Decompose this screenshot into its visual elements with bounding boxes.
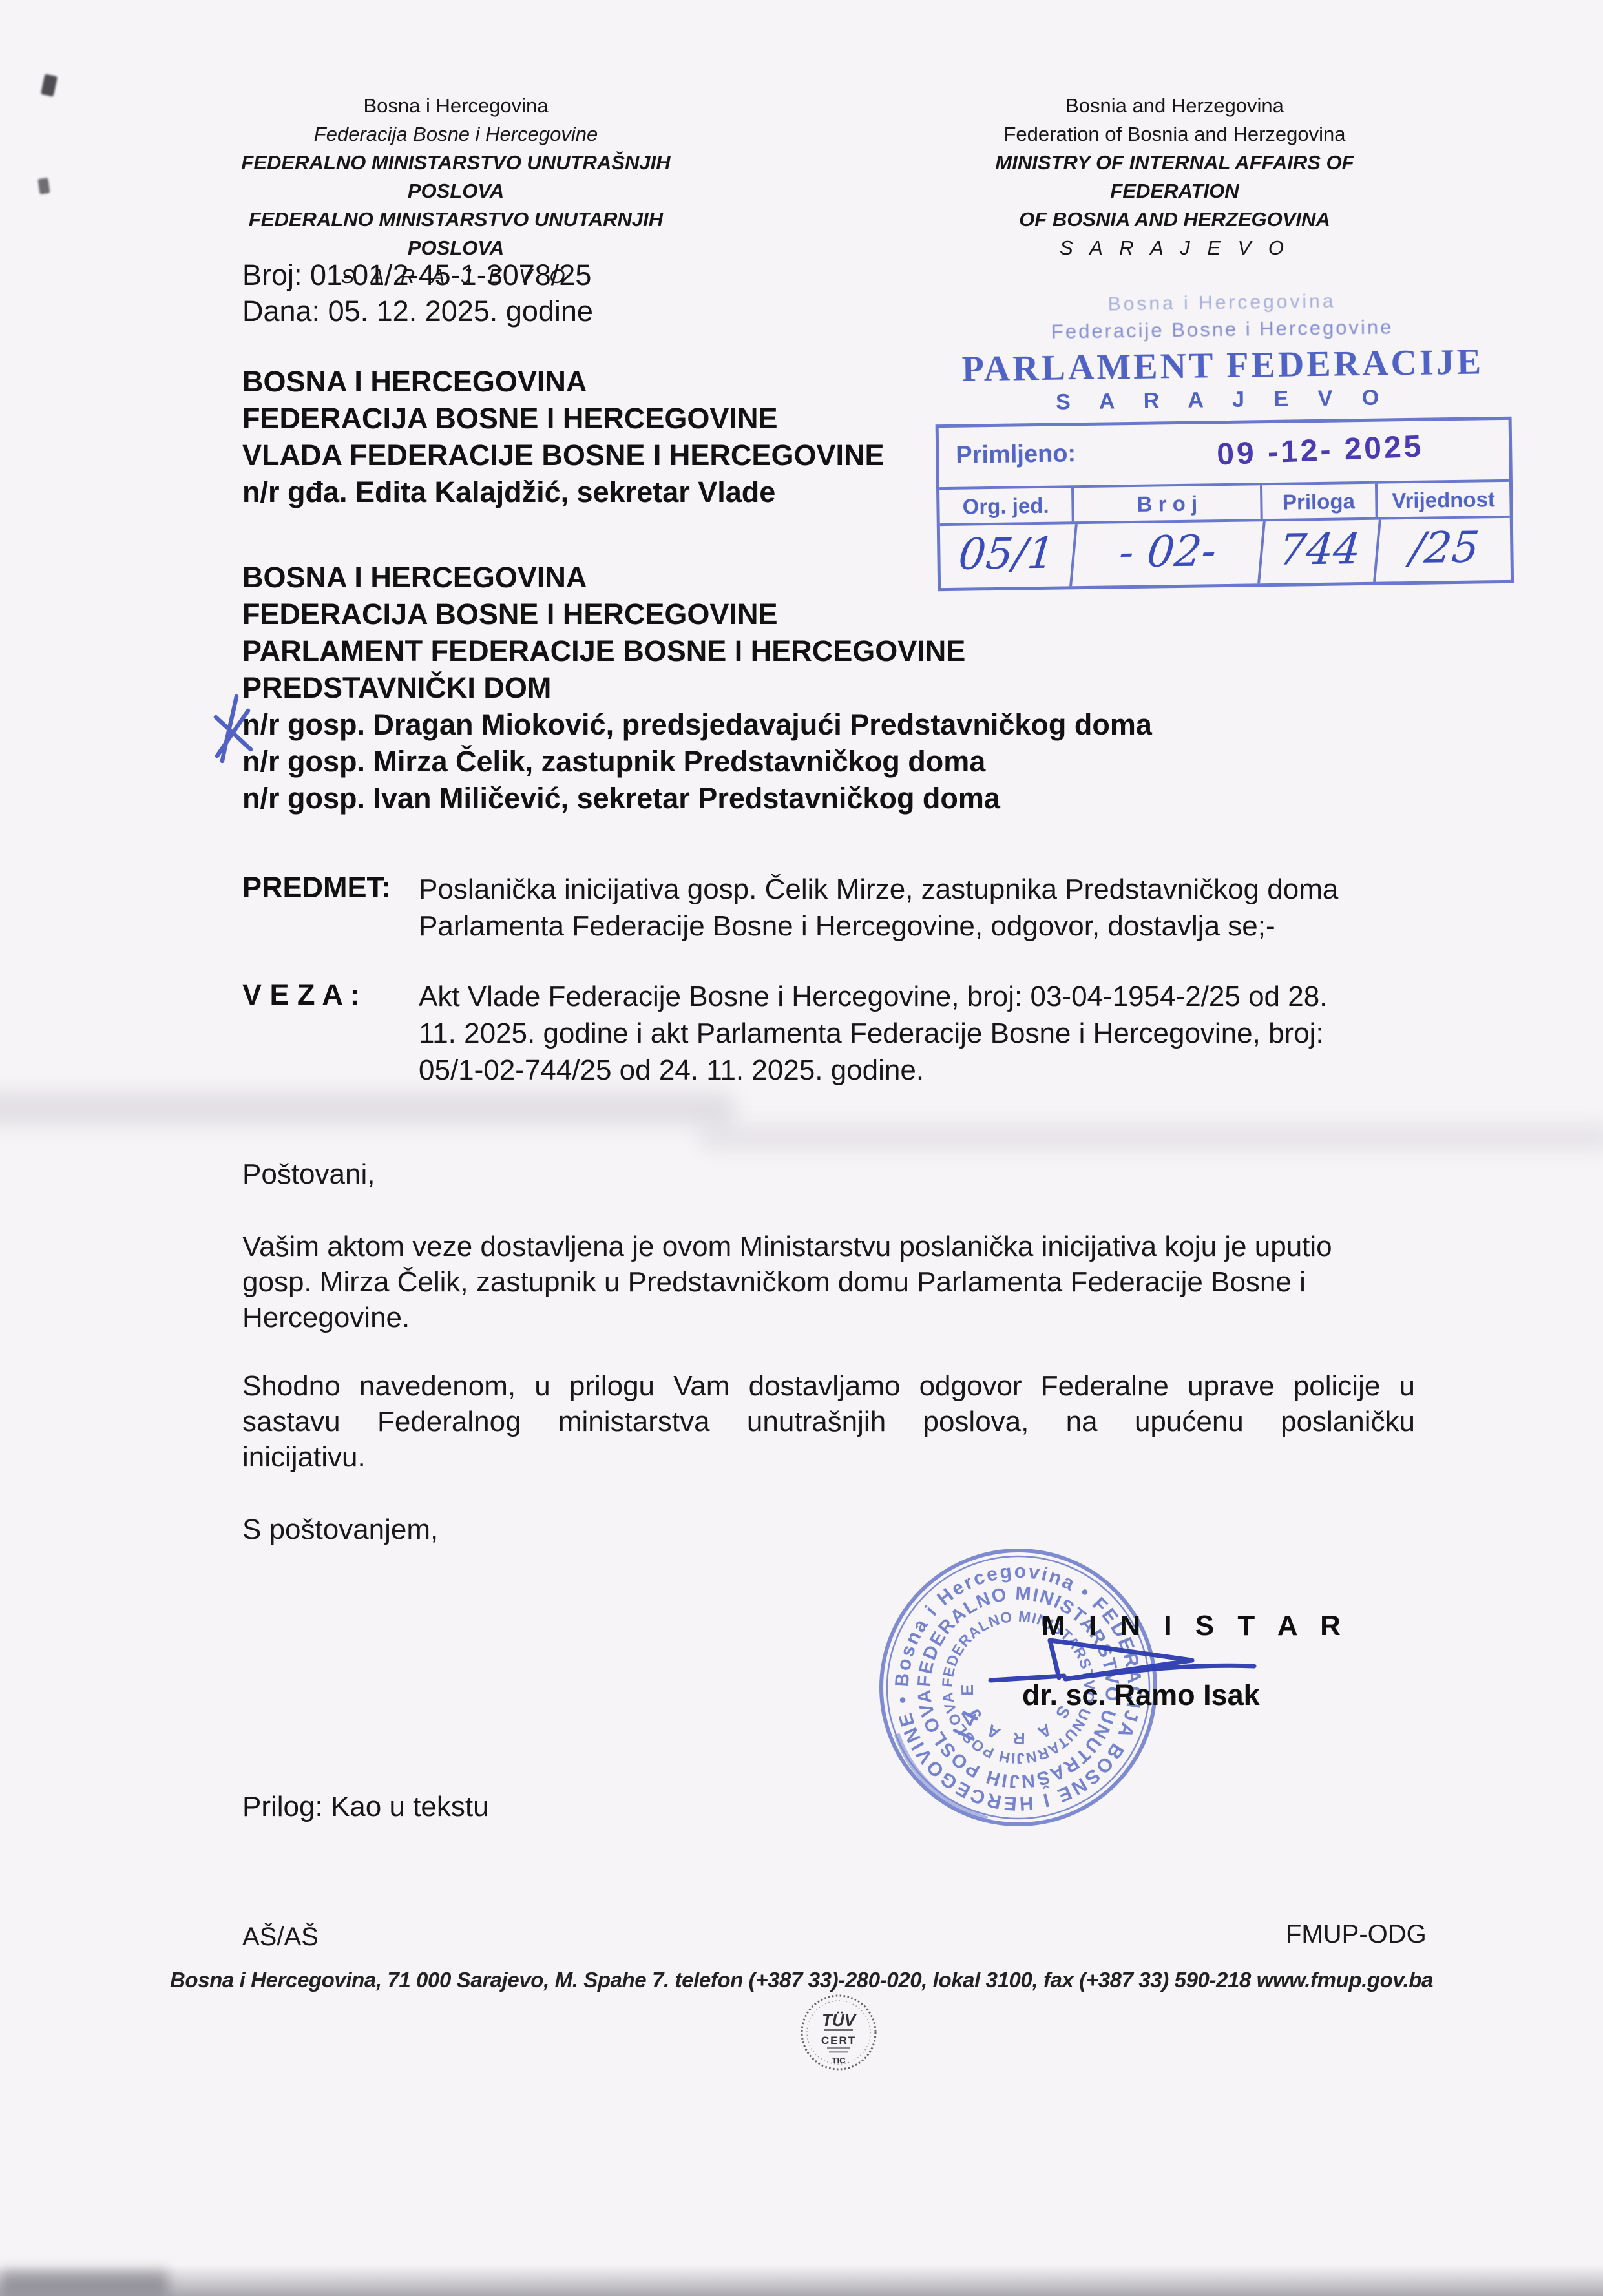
scan-bottom-shadow [0,2265,1603,2296]
scan-artifact [37,178,50,194]
footer-contact-line: Bosna i Hercegovina, 71 000 Sarajevo, M.… [0,1968,1603,1992]
col-vrijednost: Vrijednost [1378,482,1510,517]
received-stamp-row-primljeno: Primljeno: 09 -12- 2025 [939,420,1509,487]
closing: S poštovanjem, [242,1512,438,1547]
recipient-vlada: BOSNA I HERCEGOVINA FEDERACIJA BOSNE I H… [242,363,884,510]
primljeno-label: Primljeno: [956,440,1076,470]
received-stamp-table: Primljeno: 09 -12- 2025 Org. jed. B r o … [936,417,1514,591]
para1-line2: gosp. Mirza Čelik, zastupnik u Predstavn… [242,1264,1415,1300]
predmet-content: Poslanička inicijativa gosp. Čelik Mirze… [419,871,1338,944]
received-date-stamp: 09 -12- 2025 [1216,429,1424,473]
predmet-line2: Parlamenta Federacije Bosne i Hercegovin… [419,908,1338,944]
val-broj: - 02- [1073,521,1266,586]
received-stamp-federation: Federacije Bosne i Hercegovine [934,314,1510,345]
para2-line1: Shodno navedenom, u prilogu Vam dostavlj… [242,1368,1415,1404]
scan-band [698,1123,1603,1151]
letterhead-right-federation: Federation of Bosnia and Herzegovina [929,120,1420,149]
scan-artifact [41,74,58,96]
col-broj: B r o j [1074,485,1262,521]
recipient-parlament-attn1: n/r gosp. Dragan Mioković, predsjedavaju… [242,706,1152,743]
scan-band [0,1092,737,1125]
letterhead-left-federation: Federacija Bosne i Hercegovine [205,120,706,149]
recipient-parlament-line3: PARLAMENT FEDERACIJE BOSNE I HERCEGOVINE [242,632,1152,669]
letterhead-right-country: Bosnia and Herzegovina [929,92,1420,120]
salutation: Poštovani, [242,1156,375,1192]
tuv-cert-seal: TÜV CERT TIC [799,1992,879,2072]
val-priloga: 744 [1261,520,1381,584]
letterhead-right-city: S A R A J E V O [929,234,1420,262]
recipient-vlada-line3: VLADA FEDERACIJE BOSNE I HERCEGOVINE [242,437,884,474]
letterhead-left-country: Bosna i Hercegovina [205,92,706,120]
protocol-number: Broj: 01-01/2-45-1-3078/25 [242,257,593,293]
para1-line3: Hercegovine. [242,1300,1415,1335]
predmet-label: PREDMET: [242,871,391,904]
reference-block: Broj: 01-01/2-45-1-3078/25 Dana: 05. 12.… [242,257,593,329]
scan-corner-smudge [0,2270,168,2296]
veza-line1: Akt Vlade Federacije Bosne i Hercegovine… [419,978,1327,1015]
recipient-parlament-line2: FEDERACIJA BOSNE I HERCEGOVINE [242,596,1152,632]
col-org-jed: Org. jed. [939,488,1074,523]
handwritten-x-mark [211,693,257,765]
letterhead-right: Bosnia and Herzegovina Federation of Bos… [929,92,1420,262]
recipient-parlament: BOSNA I HERCEGOVINA FEDERACIJA BOSNE I H… [242,559,1152,817]
para2-line3: inicijativu. [242,1439,1415,1475]
received-stamp-country: Bosna i Hercegovina [934,288,1510,318]
letterhead-right-ministry-2: OF BOSNIA AND HERZEGOVINA [929,205,1420,234]
clerk-initials: AŠ/AŠ [242,1923,319,1952]
received-stamp-title: PARLAMENT FEDERACIJE [934,341,1511,390]
recipient-vlada-line1: BOSNA I HERCEGOVINA [242,363,884,400]
received-stamp: Bosna i Hercegovina Federacije Bosne i H… [934,288,1514,591]
veza-line2: 11. 2025. godine i akt Parlamenta Federa… [419,1015,1327,1052]
recipient-parlament-line4: PREDSTAVNIČKI DOM [242,669,1152,706]
predmet-line1: Poslanička inicijativa gosp. Čelik Mirze… [419,871,1338,908]
letterhead-left-ministry-hr: FEDERALNO MINISTARSTVO UNUTARNJIH POSLOV… [205,205,706,262]
val-org-jed: 05/1 [938,524,1078,588]
scanned-letter-page: Bosna i Hercegovina Federacija Bosne i H… [0,0,1603,2296]
recipient-parlament-attn3: n/r gosp. Ivan Miličević, sekretar Preds… [242,780,1152,817]
para1-line1: Vašim aktom veze dostavljena je ovom Min… [242,1229,1415,1264]
para2-line2: sastavu Federalnog ministarstva unutrašn… [242,1404,1415,1439]
veza-line3: 05/1-02-744/25 od 24. 11. 2025. godine. [419,1052,1327,1089]
protocol-date: Dana: 05. 12. 2025. godine [242,293,593,329]
tuv-cert-text: CERT [821,2034,856,2047]
recipient-vlada-attn: n/r gđa. Edita Kalajdžić, sekretar Vlade [242,474,884,510]
veza-content: Akt Vlade Federacije Bosne i Hercegovine… [419,978,1327,1089]
recipient-vlada-line2: FEDERACIJA BOSNE I HERCEGOVINE [242,400,884,437]
document-code: FMUP-ODG [1286,1920,1427,1949]
letterhead-right-ministry-1: MINISTRY OF INTERNAL AFFAIRS OF FEDERATI… [929,149,1420,205]
paragraph-1: Vašim aktom veze dostavljena je ovom Min… [242,1229,1415,1335]
letterhead-left-ministry-bs: FEDERALNO MINISTARSTVO UNUTRAŠNJIH POSLO… [205,149,706,205]
received-stamp-value-row: 05/1 - 02- 744 /25 [940,516,1511,588]
recipient-parlament-attn2: n/r gosp. Mirza Čelik, zastupnik Predsta… [242,743,1152,780]
paragraph-2: Shodno navedenom, u prilogu Vam dostavlj… [242,1368,1415,1475]
tuv-tic-text: TIC [832,2056,846,2065]
attachment-note: Prilog: Kao u tekstu [242,1791,489,1823]
col-priloga: Priloga [1262,484,1378,519]
val-vrijednost: /25 [1376,518,1513,582]
veza-label: V E Z A : [242,978,360,1012]
minister-name: dr. sc. Ramo Isak [1022,1678,1260,1712]
tuv-brand-text: TÜV [822,2010,857,2030]
